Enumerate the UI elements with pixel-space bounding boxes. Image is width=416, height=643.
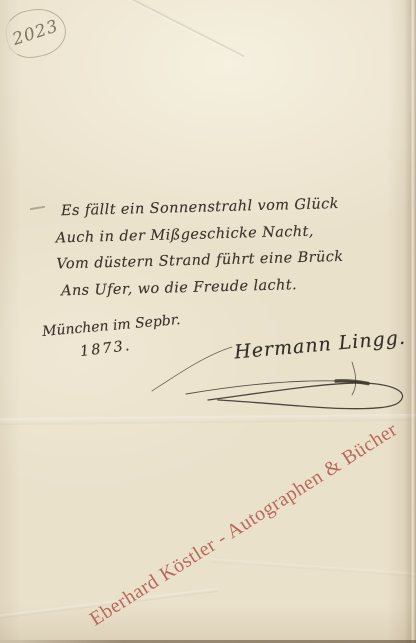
dateline-place: München im Sepbr. [42,312,181,340]
autograph-letter-photo: 2023 Es fällt ein Sonnenstrahl vom Glück… [0,0,416,643]
handwritten-poem: Es fällt ein Sonnenstrahl vom Glück Auch… [55,190,398,305]
pencil-dash-mark [30,206,45,210]
pencil-inventory-number: 2023 [10,16,61,50]
paper-crease-bottom-right [210,558,416,577]
paper-crease-top [119,0,245,57]
dateline-year: 1873. [79,338,132,360]
paper-fold-middle [0,414,416,425]
pencil-circle-mark: 2023 [2,3,71,62]
signature-text: Hermann Lingg. [233,327,406,364]
dealer-watermark-text: Eberhard Köstler - Autographen & Bücher [86,418,402,631]
paper-edge-right [404,0,416,643]
